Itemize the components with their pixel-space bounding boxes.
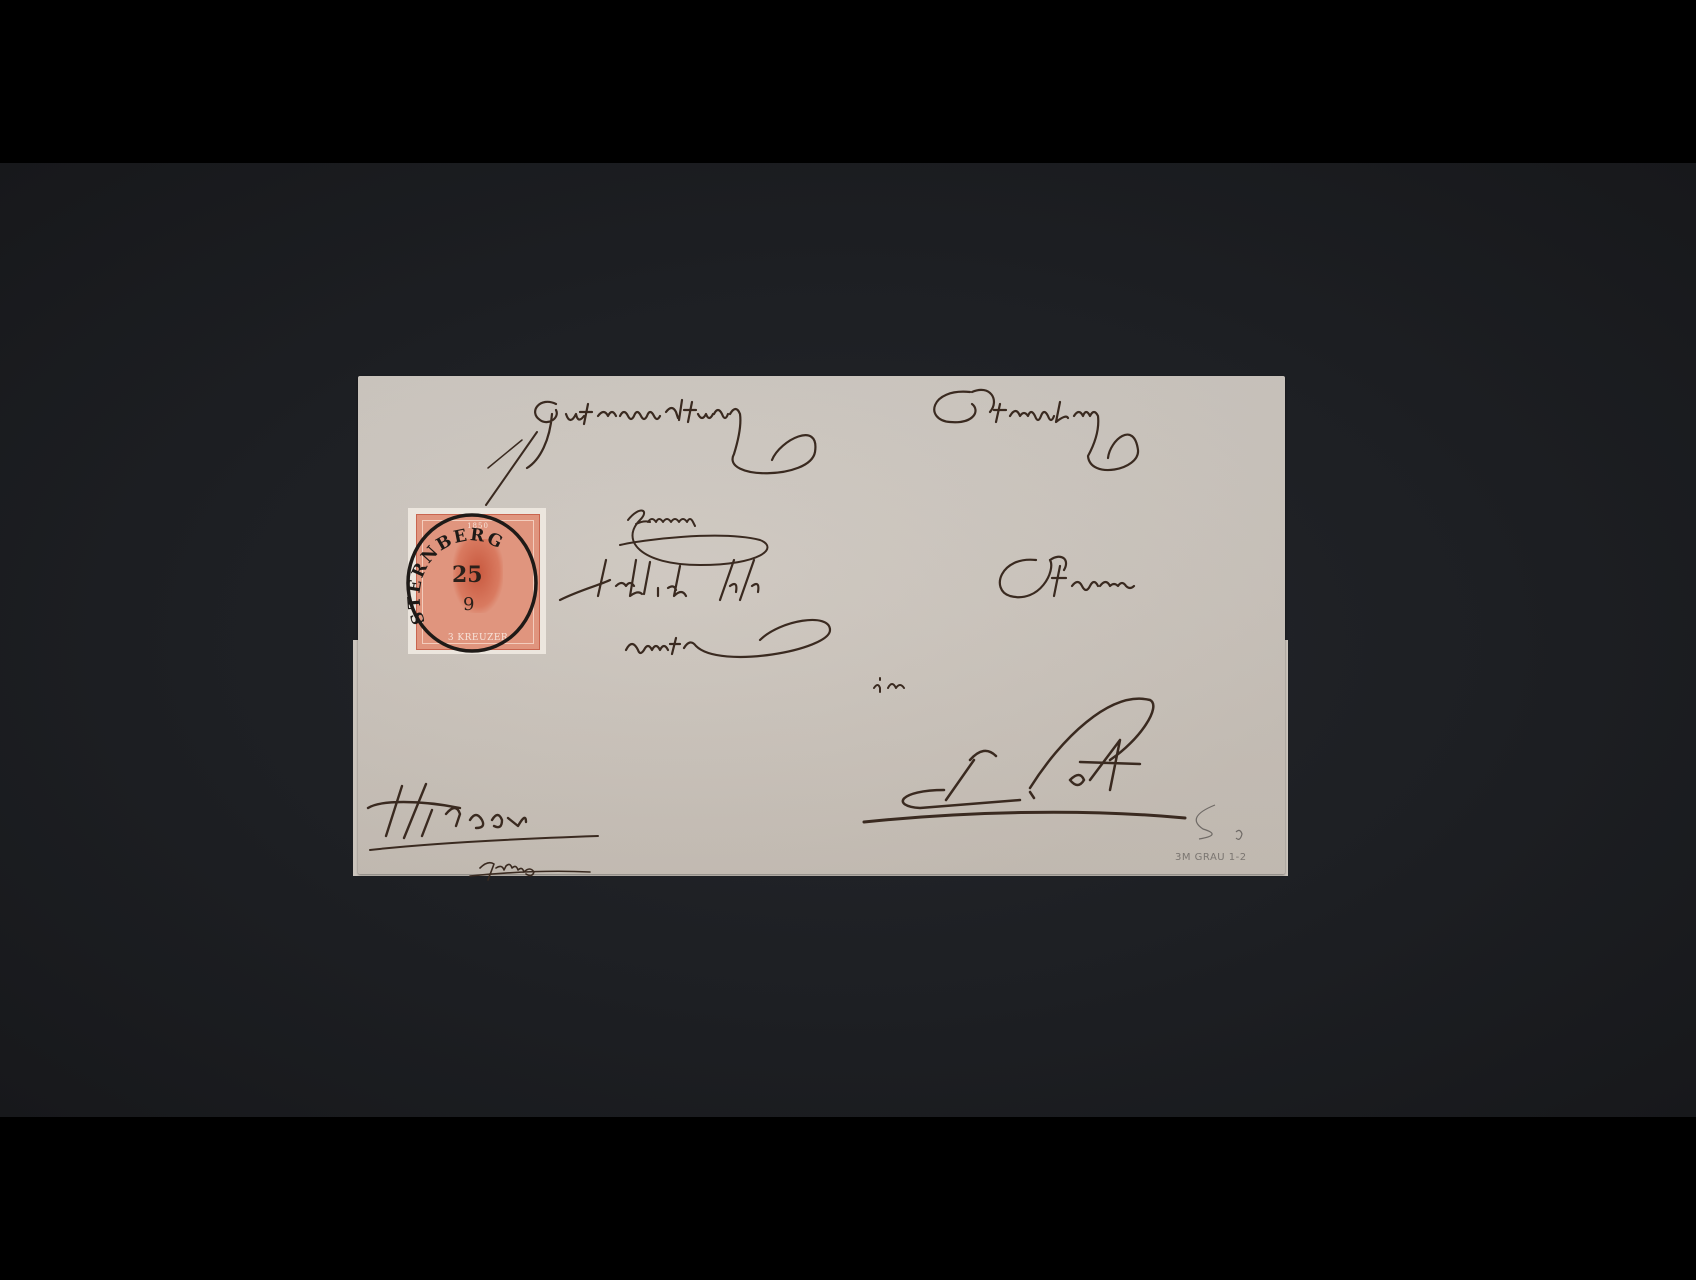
bottom-letterbox-band (0, 1117, 1696, 1280)
postmark-month: 9 (463, 594, 474, 615)
top-letterbox-band (0, 0, 1696, 163)
postmark-day: 25 (452, 562, 483, 588)
pencil-catalog-note: 3M GRAU 1-2 (1175, 852, 1247, 863)
